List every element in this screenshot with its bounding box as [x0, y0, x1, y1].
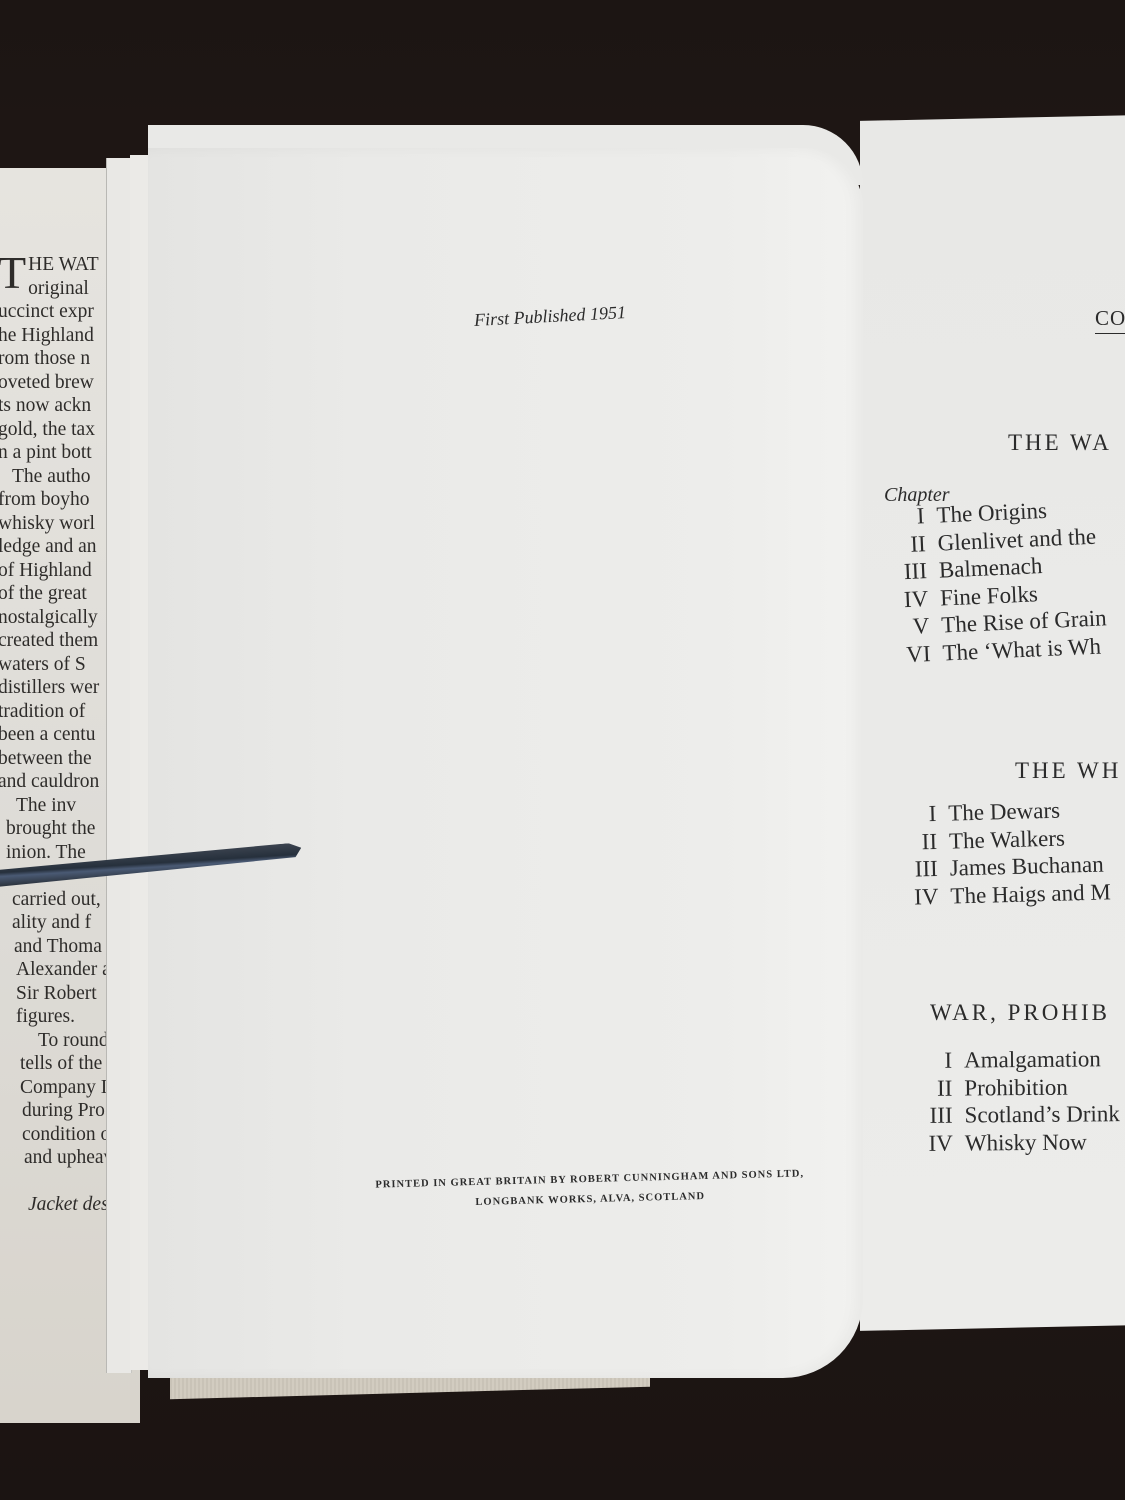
chapter-number: II — [910, 1075, 964, 1101]
chapter-title: The Origins — [936, 498, 1048, 529]
chapter-number: III — [895, 856, 950, 883]
chapter-title: The Dewars — [948, 798, 1060, 827]
toc-row: IVThe Haigs and M — [896, 879, 1111, 912]
chapter-number: V — [887, 613, 942, 641]
chapter-title: Prohibition — [964, 1074, 1068, 1101]
page-edge — [106, 158, 132, 1373]
part-heading-2: THE WH — [1015, 758, 1121, 784]
toc-row: IIIScotland’s Drink — [910, 1101, 1119, 1130]
chapter-number: I — [910, 1048, 964, 1074]
chapter-title: The Haigs and M — [950, 879, 1111, 909]
part-3-chapter-list: IAmalgamation IIProhibition IIIScotland’… — [910, 1046, 1120, 1158]
toc-row: IVWhisky Now — [911, 1129, 1120, 1158]
contents-title: CO — [1095, 306, 1125, 334]
part-heading-1: THE WA — [1008, 430, 1112, 456]
part-2-chapter-list: IThe Dewars IIThe Walkers IIIJames Bucha… — [894, 796, 1111, 912]
part-1-chapter-list: IThe Origins IIGlenlivet and the IIIBalm… — [882, 495, 1108, 669]
photo-scene: CO THE WA Chapter IThe Origins IIGlenliv… — [0, 0, 1125, 1500]
chapter-title: Scotland’s Drink — [964, 1101, 1119, 1128]
chapter-title: Balmenach — [938, 553, 1043, 583]
toc-row: IIProhibition — [910, 1074, 1119, 1103]
chapter-title: James Buchanan — [949, 852, 1104, 882]
chapter-title: The Walkers — [949, 825, 1066, 854]
chapter-number: IV — [886, 585, 941, 613]
toc-row: IAmalgamation — [910, 1046, 1119, 1075]
chapter-number: IV — [911, 1130, 965, 1156]
chapter-title: The ‘What is Wh — [942, 633, 1102, 666]
chapter-title: Amalgamation — [964, 1046, 1101, 1073]
chapter-number: I — [882, 503, 937, 531]
chapter-number: II — [895, 828, 950, 855]
chapter-title: Whisky Now — [965, 1129, 1087, 1156]
chapter-number: IV — [896, 883, 951, 910]
chapter-title: Fine Folks — [940, 581, 1039, 611]
chapter-number: III — [884, 558, 939, 586]
chapter-number: III — [910, 1103, 964, 1129]
chapter-number: II — [883, 530, 938, 558]
part-heading-3: WAR, PROHIB — [930, 1000, 1110, 1026]
chapter-number: VI — [888, 640, 943, 668]
drop-cap: T — [0, 253, 26, 293]
chapter-number: I — [894, 801, 949, 828]
